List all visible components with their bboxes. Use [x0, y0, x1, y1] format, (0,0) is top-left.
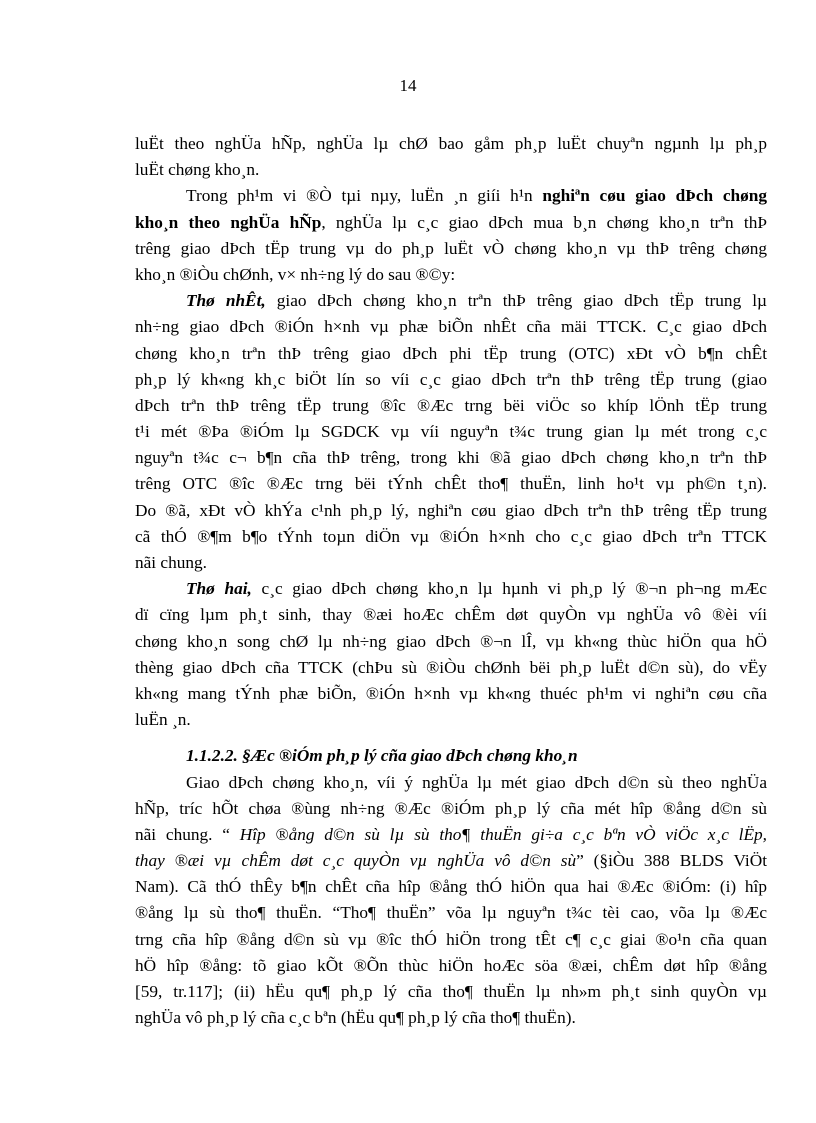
italic-quote-run: thay ®æi vµ chÊm døt c¸c quyÒn vµ nghÜa …	[135, 851, 576, 870]
text-line: kho¸n ®iÒu chØnh, v× nh÷ng lý do sau ®©y…	[135, 262, 767, 288]
text-run: , nghÜa lµ c¸c giao dÞch mua b¸n chøng k…	[321, 213, 767, 232]
bold-text-run: nghiªn cøu giao dÞch chøng	[542, 186, 767, 205]
text-line: Thø nhÊt, giao dÞch chøng kho¸n trªn thÞ…	[135, 288, 767, 314]
text-line: chøng kho¸n song chØ lµ nh÷ng giao dÞch …	[135, 629, 767, 655]
text-line: tr­ng cña hîp ®ång d©n sù vµ ®­îc thÓ hi…	[135, 927, 767, 953]
text-line: kho¸n theo nghÜa hÑp, nghÜa lµ c¸c giao …	[135, 210, 767, 236]
text-line: cã thÓ ®¶m b¶o tÝnh toµn diÖn vµ ®iÓn h×…	[135, 524, 767, 550]
text-line: luËn ¸n.	[135, 707, 767, 733]
text-line: nãi chung. “ Hîp ®ång d©n sù lµ sù tho¶ …	[135, 822, 767, 848]
section-heading: 1.1.2.2. §Æc ®iÓm ph¸p lý cña giao dÞch …	[135, 743, 767, 769]
text-line: luËt chøng kho¸n.	[135, 157, 767, 183]
text-line: hÑp, tr­íc hÕt chøa ®ùng nh÷ng ®Æc ®iÓm …	[135, 796, 767, 822]
text-run: giao dÞch chøng kho¸n trªn thÞ tr­êng gi…	[266, 291, 767, 310]
text-line: nh÷ng giao dÞch ®iÓn h×nh vµ phæ biÕn nh…	[135, 314, 767, 340]
bold-text-run: kho¸n theo nghÜa hÑp	[135, 213, 321, 232]
text-line: Nam). Cã thÓ thÊy b¶n chÊt cña hîp ®ång …	[135, 874, 767, 900]
text-line: tr­êng OTC ®­îc ®Æc tr­ng bëi tÝnh chÊt …	[135, 471, 767, 497]
bold-italic-run: Thø nhÊt,	[186, 291, 266, 310]
document-body: luËt theo nghÜa hÑp, nghÜa lµ chØ bao gå…	[135, 131, 767, 1031]
text-line: kh«ng mang tÝnh phæ biÕn, ®iÓn h×nh vµ k…	[135, 681, 767, 707]
text-line: Do ®ã, xÐt vÒ khÝa c¹nh ph¸p lý, nghiªn …	[135, 498, 767, 524]
text-line: t¹i mét ®Þa ®iÓm lµ SGDCK vµ víi nguyªn …	[135, 419, 767, 445]
text-line: Thø hai, c¸c giao dÞch chøng kho¸n lµ hµ…	[135, 576, 767, 602]
text-line: nghÜa vô ph¸p lý cña c¸c bªn (hËu qu¶ ph…	[135, 1005, 767, 1031]
text-run: c¸c giao dÞch chøng kho¸n lµ hµnh vi ph¸…	[252, 579, 767, 598]
text-run: ” (§iÒu 388 BLDS ViÖt	[576, 851, 767, 870]
text-line: ph¸p lý kh«ng kh¸c biÖt lín so víi c¸c g…	[135, 367, 767, 393]
text-line: Trong ph¹m vi ®Ò tµi nµy, luËn ¸n giíi h…	[135, 183, 767, 209]
text-line: [59, tr.117]; (ii) hËu qu¶ ph¸p lý cña t…	[135, 979, 767, 1005]
bold-italic-run: Thø hai,	[186, 579, 252, 598]
text-line: chøng kho¸n trªn thÞ tr­êng giao dÞch ph…	[135, 341, 767, 367]
text-line: nguyªn t¾c c¬ b¶n cña thÞ tr­êng, trong …	[135, 445, 767, 471]
text-line: dÞch trªn thÞ tr­êng tËp trung ®­îc ®Æc …	[135, 393, 767, 419]
italic-quote-run: Hîp ®ång d©n sù lµ sù tho¶ thuËn gi÷a c¸…	[240, 825, 767, 844]
text-run: Trong ph¹m vi ®Ò tµi nµy, luËn ¸n giíi h…	[186, 186, 542, 205]
text-line: tr­êng giao dÞch tËp trung vµ do ph¸p lu…	[135, 236, 767, 262]
text-run: nãi chung. “	[135, 825, 240, 844]
text-line: hÖ hîp ®ång: tõ giao kÕt ®Õn thùc hiÖn h…	[135, 953, 767, 979]
text-line: thay ®æi vµ chÊm døt c¸c quyÒn vµ nghÜa …	[135, 848, 767, 874]
text-line: dï cïng lµm ph¸t sinh, thay ®æi hoÆc chÊ…	[135, 602, 767, 628]
text-line: ®ång lµ sù tho¶ thuËn. “Tho¶ thuËn” võa …	[135, 900, 767, 926]
text-line: Giao dÞch chøng kho¸n, víi ý nghÜa lµ mé…	[135, 770, 767, 796]
text-line: nãi chung.	[135, 550, 767, 576]
text-line: thèng giao dÞch cña TTCK (chÞu sù ®iÒu c…	[135, 655, 767, 681]
text-line: luËt theo nghÜa hÑp, nghÜa lµ chØ bao gå…	[135, 131, 767, 157]
page-number: 14	[0, 76, 816, 96]
